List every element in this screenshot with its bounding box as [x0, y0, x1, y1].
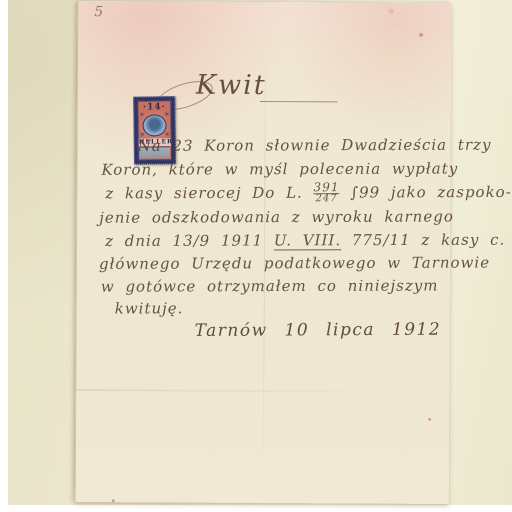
paper-stain-speck [419, 33, 423, 37]
handwritten-line: głównego Urzędu podatkowego w Tarnowie [99, 253, 490, 272]
paper-stain-speck [112, 499, 115, 502]
paper-stain-speck [388, 9, 394, 14]
handwritten-line: Koron, które w myśl polecenia wypłaty [101, 159, 458, 178]
line-text: z kasy sierocej Do L. [105, 184, 313, 203]
handwritten-line: kwituję. [115, 299, 184, 317]
handwritten-line: w gotówce otrzymałem co niniejszym [101, 276, 439, 295]
date-line: Tarnów 10 lipca 1912 [195, 320, 442, 341]
case-number-fraction: 391247 [314, 182, 340, 204]
line-text: ∫99 jako zaspoko- [339, 183, 511, 202]
stamp-ornament-icon: ✳ [164, 111, 169, 118]
document-page: 5 Kwit ·14· ✳ ✳ ✳ ✳ HELLER Na 23 Koron s… [75, 1, 452, 504]
paper-stain-speck [428, 418, 431, 421]
page-number-annotation: 5 [94, 4, 103, 20]
photo-background: 5 Kwit ·14· ✳ ✳ ✳ ✳ HELLER Na 23 Koron s… [8, 0, 512, 505]
receipt-title: Kwit [196, 70, 267, 101]
case-reference-underlined: U. VIII. [274, 231, 341, 250]
line-text: 775/11 z kasy c. k. [341, 231, 512, 250]
line-text: z dnia 13/9 1911 [105, 231, 274, 250]
handwritten-line: z kasy sierocej Do L. 391247 ∫99 jako za… [105, 182, 512, 205]
handwritten-line: z dnia 13/9 1911 U. VIII. 775/11 z kasy … [105, 231, 512, 250]
emperor-portrait-medallion [142, 114, 166, 136]
fraction-denominator: 247 [314, 195, 340, 205]
handwritten-line: jenie odszkodowania z wyroku karnego [99, 207, 454, 226]
handwritten-line: Na 23 Koron słownie Dwadzieścia trzy [138, 136, 492, 155]
stamp-ornament-icon: ✳ [139, 112, 144, 119]
title-tail-stroke [260, 101, 338, 102]
